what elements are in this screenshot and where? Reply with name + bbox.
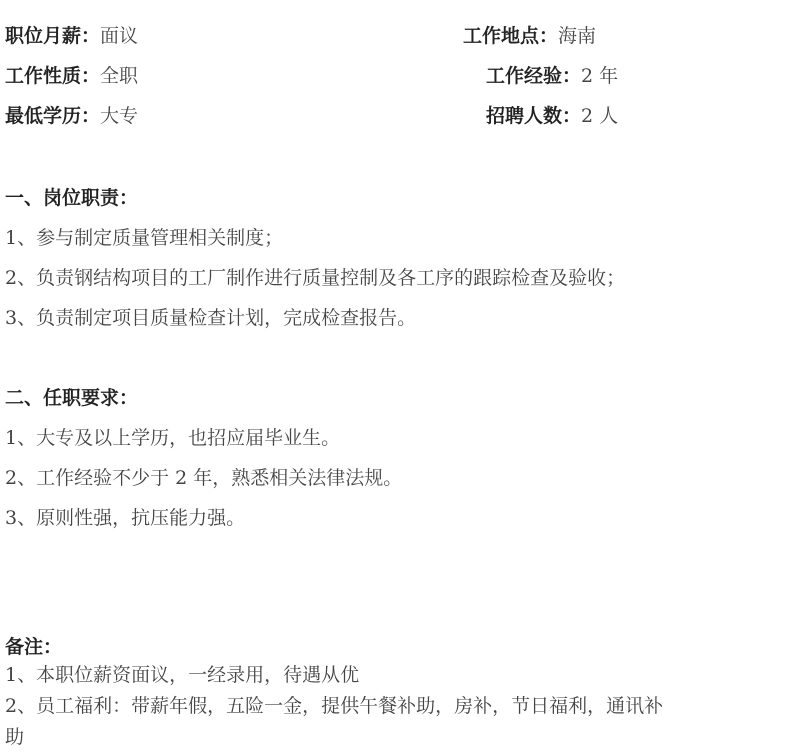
note-item: 2、员工福利：带薪年假，五险一金，提供午餐补助，房补，节日福利，通讯补 — [5, 691, 663, 722]
notes-heading: 备注： — [5, 635, 62, 659]
job-type-value: 全职 — [100, 65, 138, 87]
location-row: 工作地点：海南 — [463, 24, 596, 48]
note-item: 1、本职位薪资面议，一经录用，待遇从优 — [5, 660, 359, 691]
location-label: 工作地点： — [463, 25, 558, 47]
experience-label: 工作经验： — [486, 65, 581, 87]
requirement-item: 3、原则性强，抗压能力强。 — [5, 506, 245, 530]
salary-value: 面议 — [100, 25, 138, 47]
duty-item: 2、负责钢结构项目的工厂制作进行质量控制及各工序的跟踪检查及验收； — [5, 266, 625, 290]
salary-label: 职位月薪： — [5, 25, 100, 47]
salary-row: 职位月薪：面议 — [5, 24, 138, 48]
requirement-item: 2、工作经验不少于 2 年，熟悉相关法律法规。 — [5, 466, 402, 490]
job-type-row: 工作性质：全职 — [5, 64, 138, 88]
duty-item: 1、参与制定质量管理相关制度； — [5, 226, 283, 250]
headcount-row: 招聘人数：2 人 — [486, 104, 618, 128]
location-value: 海南 — [558, 25, 596, 47]
experience-row: 工作经验：2 年 — [486, 64, 618, 88]
education-label: 最低学历： — [5, 105, 100, 127]
headcount-label: 招聘人数： — [486, 105, 581, 127]
requirement-item: 1、大专及以上学历，也招应届毕业生。 — [5, 426, 340, 450]
education-value: 大专 — [100, 105, 138, 127]
experience-value: 2 年 — [581, 65, 618, 87]
requirements-heading: 二、任职要求： — [5, 386, 138, 410]
duties-heading: 一、岗位职责： — [5, 186, 138, 210]
education-row: 最低学历：大专 — [5, 104, 138, 128]
note-item-continuation: 助 — [5, 722, 24, 752]
duty-item: 3、负责制定项目质量检查计划，完成检查报告。 — [5, 306, 416, 330]
headcount-value: 2 人 — [581, 105, 618, 127]
job-type-label: 工作性质： — [5, 65, 100, 87]
